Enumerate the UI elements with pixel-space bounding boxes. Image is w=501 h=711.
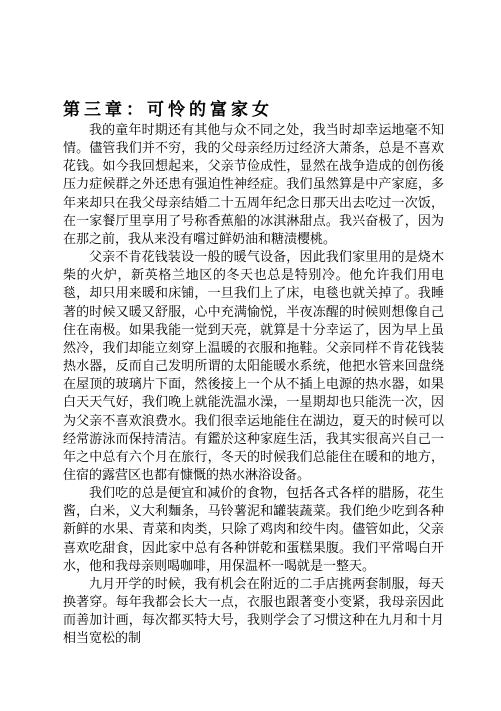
paragraph: 我的童年时期还有其他与众不同之处，我当时却幸运地毫不知情。儘管我们并不穷，我的父… [63,121,444,248]
document-page: 第三章：可怜的富家女 我的童年时期还有其他与众不同之处，我当时却幸运地毫不知情。… [0,0,501,711]
chapter-title: 第三章：可怜的富家女 [63,95,273,120]
paragraph: 父亲不肯花钱装设一般的暖气设备，因此我们家里用的是烧木柴的火炉，新英格兰地区的冬… [63,248,444,484]
paragraph: 九月开学的时候，我有机会在附近的二手店挑两套制服，每天换著穿。每年我都会长大一点… [63,575,444,648]
paragraph: 我们吃的总是便宜和减价的食物，包括各式各样的腊肠，花生酱，白米，义大利麵条，马铃… [63,484,444,575]
chapter-body: 我的童年时期还有其他与众不同之处，我当时却幸运地毫不知情。儘管我们并不穷，我的父… [63,121,444,648]
